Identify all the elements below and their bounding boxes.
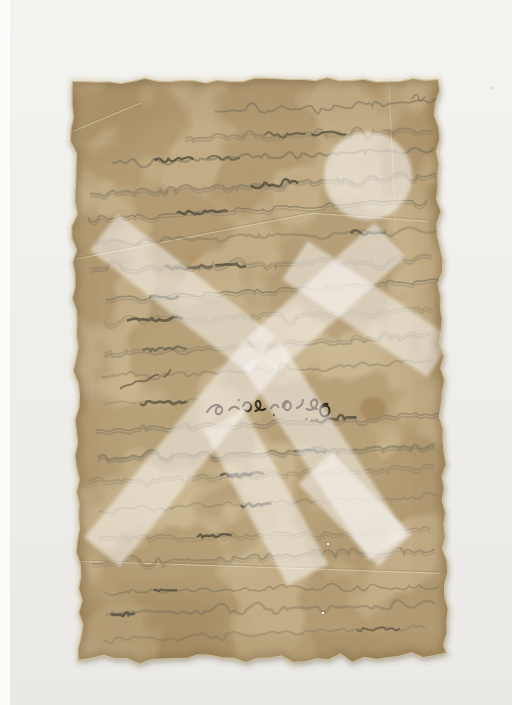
stain	[360, 397, 386, 421]
paper-surface	[16, 58, 478, 675]
handwriting-dark-word	[154, 589, 177, 591]
pinhole	[327, 543, 330, 546]
scanner-edge-strip	[0, 0, 10, 705]
watermark-dot-icon	[324, 132, 412, 220]
stain	[190, 255, 196, 261]
scanner-bed	[0, 0, 512, 705]
manuscript-scan-image	[0, 0, 512, 705]
pinhole	[322, 612, 325, 615]
stain	[378, 94, 384, 98]
dust-speck	[491, 87, 494, 90]
